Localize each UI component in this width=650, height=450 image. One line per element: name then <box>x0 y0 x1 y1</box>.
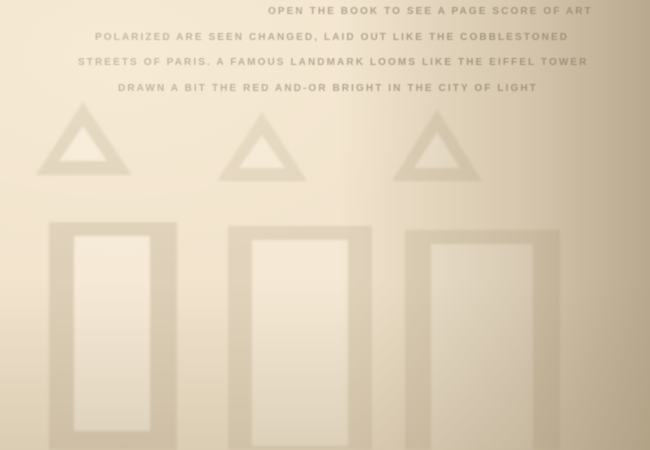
frame-figure-3 <box>405 230 560 450</box>
photographed-page: OPEN THE BOOK TO SEE A PAGE SCORE OF ART… <box>0 0 650 450</box>
triangle-figure-1 <box>36 102 132 175</box>
riddle-line-3: STREETS OF PARIS. A FAMOUS LANDMARK LOOM… <box>78 57 588 68</box>
riddle-line-1: OPEN THE BOOK TO SEE A PAGE SCORE OF ART <box>268 6 593 17</box>
triangle-figure-2 <box>217 112 307 181</box>
frame-figure-2 <box>228 226 372 450</box>
triangle-figure-3 <box>392 109 482 181</box>
frame-figure-1 <box>49 222 177 450</box>
riddle-line-2: POLARIZED ARE SEEN CHANGED, LAID OUT LIK… <box>95 32 569 43</box>
riddle-line-4: DRAWN A BIT THE RED AND-OR BRIGHT IN THE… <box>118 83 538 94</box>
